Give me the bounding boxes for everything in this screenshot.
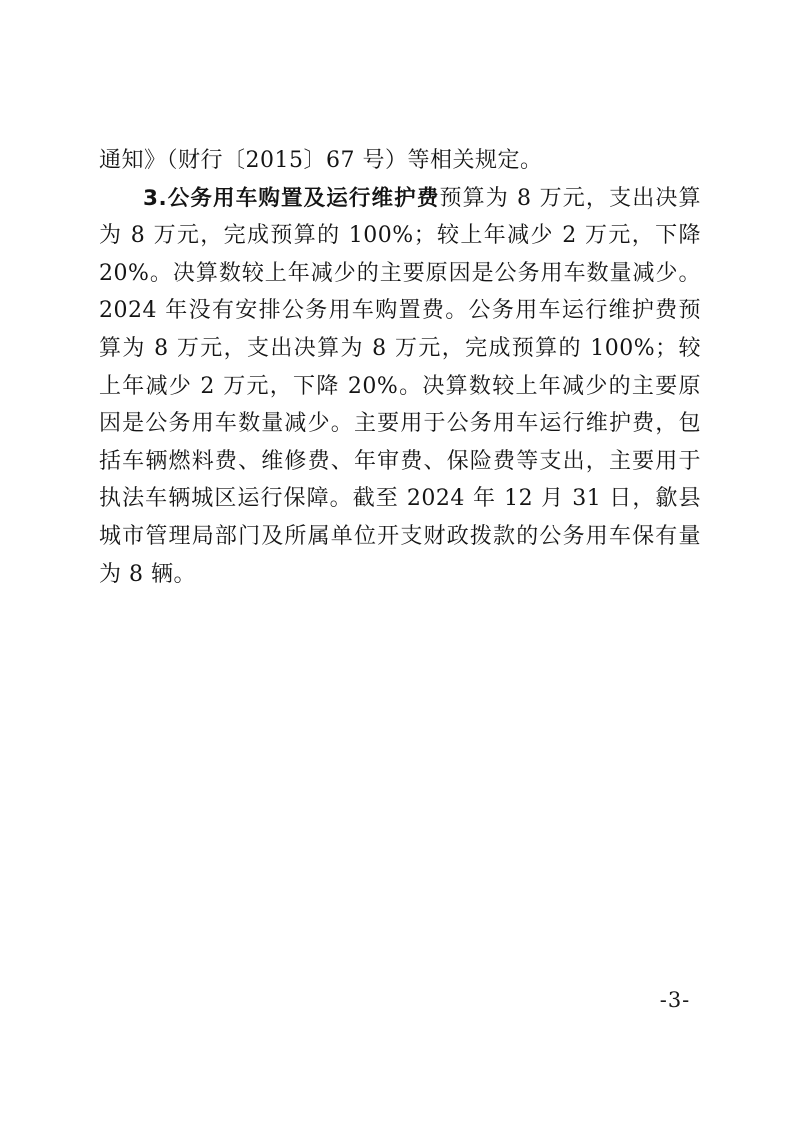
- document-page: 通知》（财行〔2015〕67 号）等相关规定。 3.公务用车购置及运行维护费预算…: [0, 0, 793, 1122]
- paragraph-vehicle-expense: 3.公务用车购置及运行维护费预算为 8 万元，支出决算为 8 万元，完成预算的 …: [99, 180, 701, 594]
- page-number: -3-: [650, 988, 700, 1012]
- paragraph-lead-heading: 3.公务用车购置及运行维护费: [143, 186, 439, 211]
- document-body: 通知》（财行〔2015〕67 号）等相关规定。 3.公务用车购置及运行维护费预算…: [99, 142, 701, 593]
- paragraph-regulation-reference: 通知》（财行〔2015〕67 号）等相关规定。: [99, 142, 701, 180]
- paragraph-body-text: 预算为 8 万元，支出决算为 8 万元，完成预算的 100%；较上年减少 2 万…: [99, 186, 701, 587]
